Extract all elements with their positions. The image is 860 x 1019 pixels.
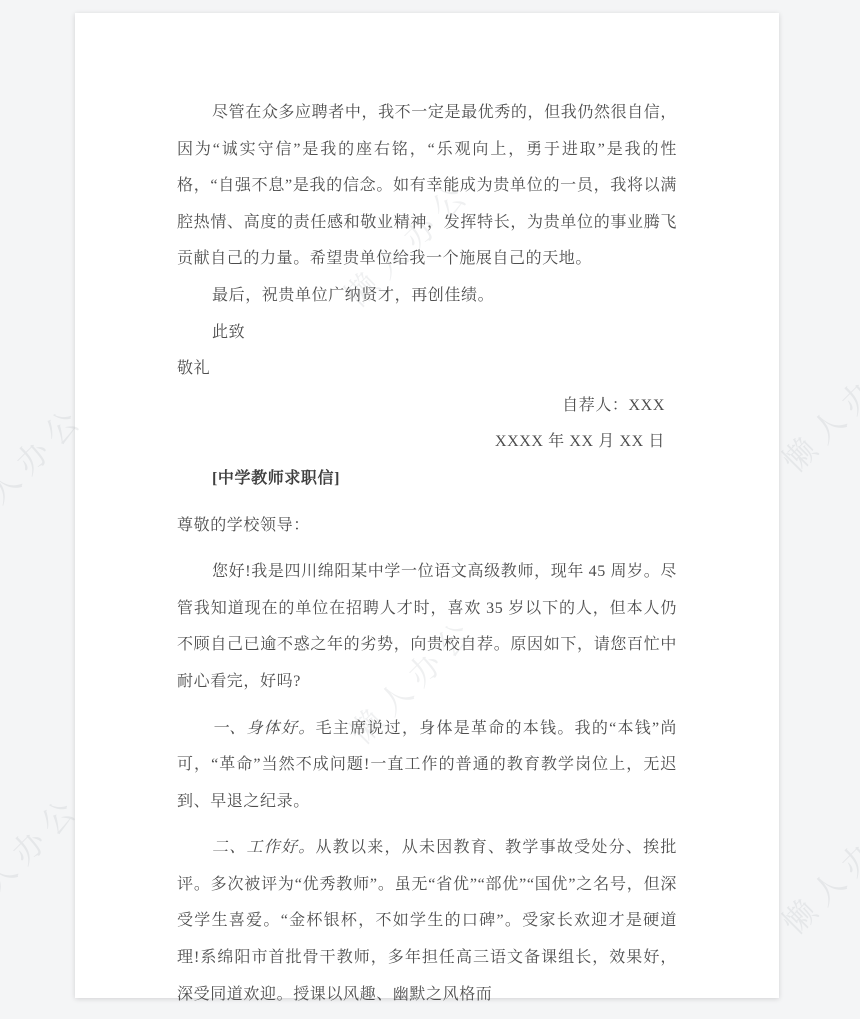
watermark: 懒人办公 [771, 795, 860, 944]
paragraph-text: 从教以来，从未因教育、教学事故受处分、挨批评。多次被评为“优秀教师”。虽无“省优… [177, 839, 677, 1002]
letter-body-paragraph: 尽管在众多应聘者中，我不一定是最优秀的，但我仍然很自信，因为“诚实守信”是我的座… [177, 95, 677, 278]
paragraph-lead: 一、身体好。 [212, 720, 316, 737]
letter-body-paragraph: 一、身体好。毛主席说过，身体是革命的本钱。我的“本钱”尚可，“革命”当然不成问题… [177, 711, 677, 821]
paragraph-lead: 二、工作好。 [212, 839, 315, 856]
letter-body-paragraph: 二、工作好。从教以来，从未因教育、教学事故受处分、挨批评。多次被评为“优秀教师”… [177, 830, 677, 1013]
paragraph-text: 您好!我是四川绵阳某中学一位语文高级教师，现年 45 周岁。尽管我知道现在的单位… [177, 563, 677, 690]
letter-title: [中学教师求职信] [177, 461, 677, 498]
document-viewer-background: 懒人办公 懒人办公 懒人办公 懒人办公 懒人办公 懒人办公 尽管在众多应聘者中，… [0, 0, 860, 1019]
letter-body-paragraph: 最后，祝贵单位广纳贤才，再创佳绩。 [177, 278, 677, 315]
letter-salute-line: 敬礼 [177, 351, 677, 388]
letter-signature: 自荐人：XXX [177, 388, 677, 425]
watermark: 懒人办公 [771, 333, 860, 482]
letter-closing-section: 尽管在众多应聘者中，我不一定是最优秀的，但我仍然很自信，因为“诚实守信”是我的座… [177, 95, 677, 461]
letter-body-paragraph: 您好!我是四川绵阳某中学一位语文高级教师，现年 45 周岁。尽管我知道现在的单位… [177, 554, 677, 700]
letter-salutation: 尊敬的学校领导： [177, 508, 677, 545]
letter-section: [中学教师求职信] 尊敬的学校领导： 您好!我是四川绵阳某中学一位语文高级教师，… [177, 461, 677, 1013]
letter-respectfully-line: 此致 [177, 315, 677, 352]
document-content: 尽管在众多应聘者中，我不一定是最优秀的，但我仍然很自信，因为“诚实守信”是我的座… [177, 95, 677, 1013]
letter-date: XXXX 年 XX 月 XX 日 [177, 424, 677, 461]
